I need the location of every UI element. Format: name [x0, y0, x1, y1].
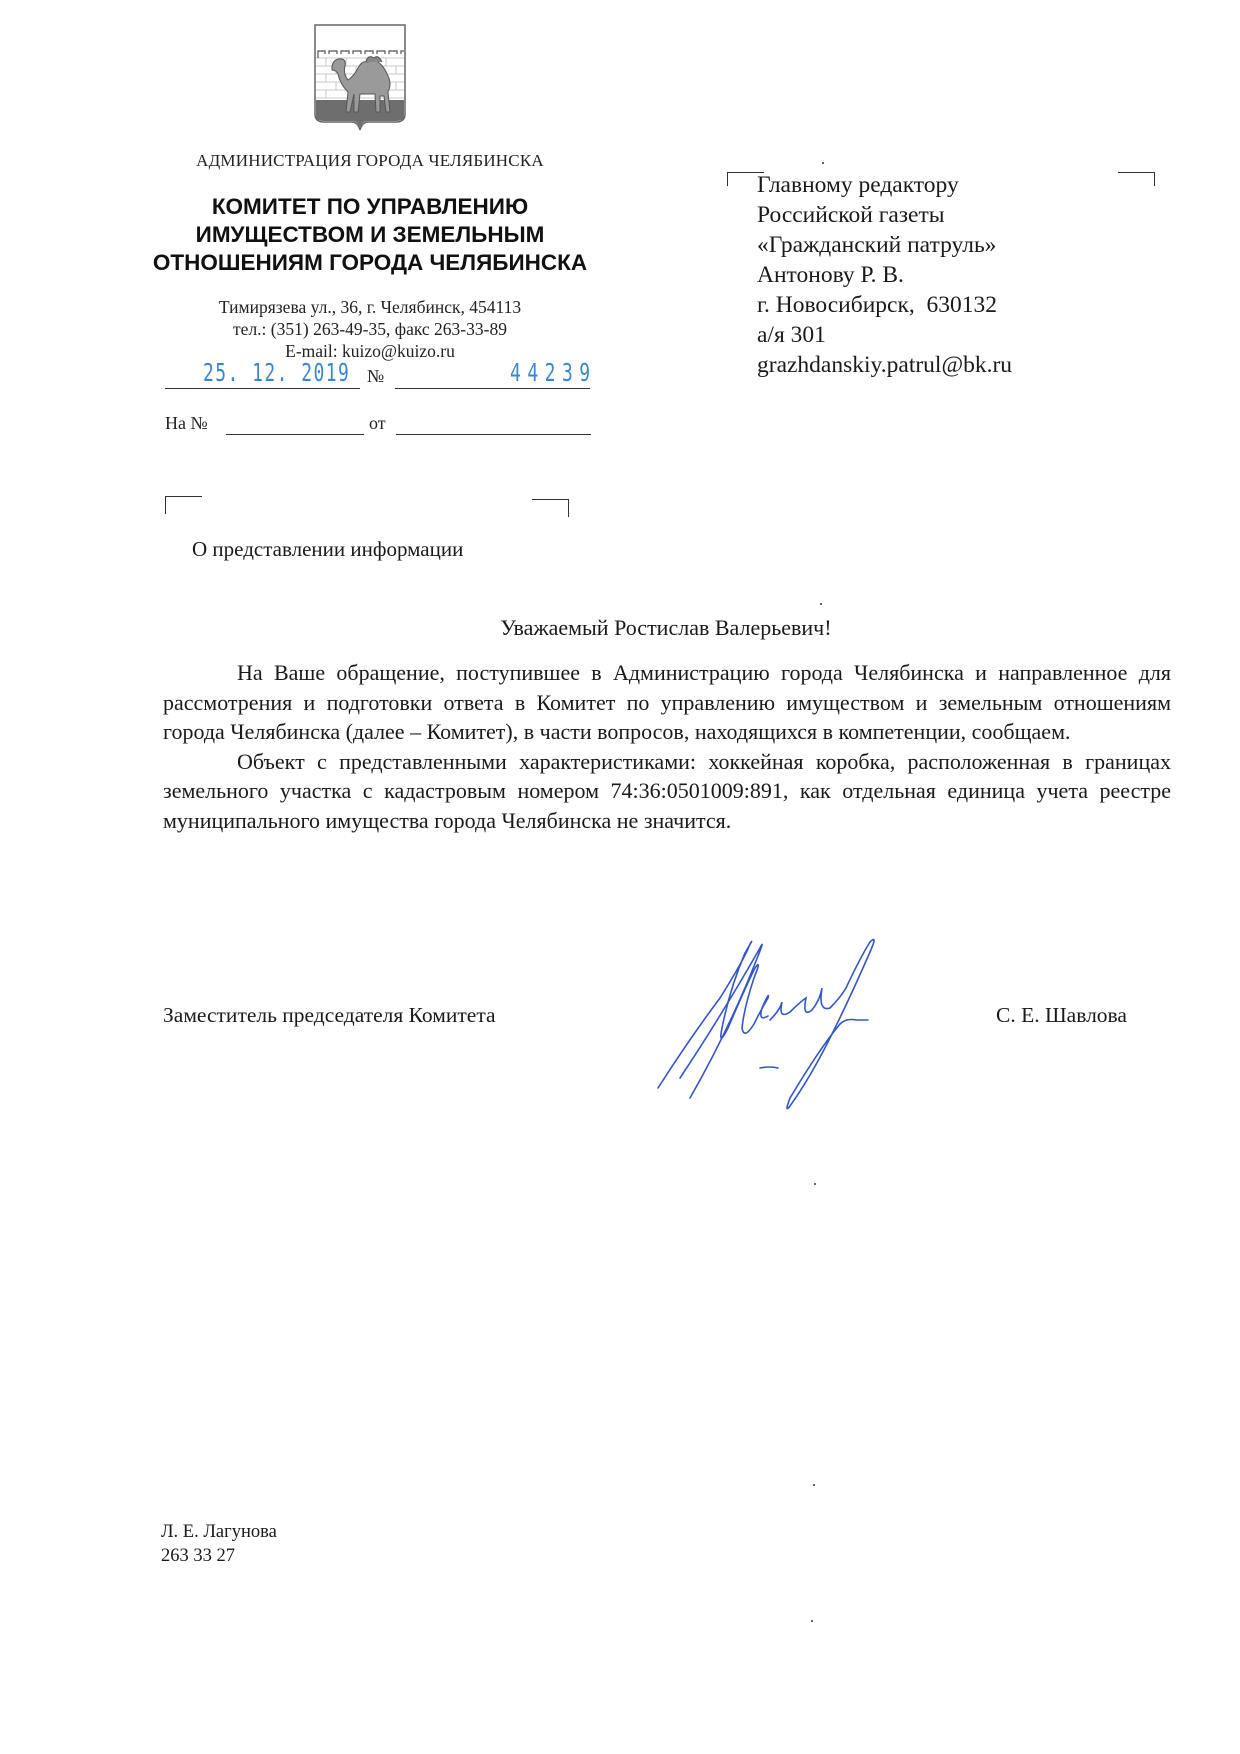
number-stamp: 44239	[510, 358, 597, 387]
committee-title: КОМИТЕТ ПО УПРАВЛЕНИЮ ИМУЩЕСТВОМ И ЗЕМЕЛ…	[140, 193, 600, 277]
recipient-line: а/я 301	[757, 320, 1012, 350]
recipient-line: Главному редактору	[757, 170, 1012, 200]
recipient-line: Антонову Р. В.	[757, 260, 1012, 290]
committee-title-line: ИМУЩЕСТВОМ И ЗЕМЕЛЬНЫМ	[140, 221, 600, 249]
number-underline	[395, 388, 590, 389]
coat-of-arms-emblem	[312, 22, 408, 134]
reply-to-number-field	[226, 434, 364, 435]
address-street: Тимирязева ул., 36, г. Челябинск, 454113	[140, 296, 600, 318]
recipient-block: Главному редактору Российской газеты «Гр…	[757, 170, 1012, 380]
executor-phone: 263 33 27	[161, 1544, 277, 1568]
recipient-line: г. Новосибирск, 630132	[757, 290, 1012, 320]
administration-title: АДМИНИСТРАЦИЯ ГОРОДА ЧЕЛЯБИНСКА	[140, 151, 600, 171]
signature-scribble-icon	[650, 928, 950, 1118]
from-date-field	[396, 434, 591, 435]
body-paragraph: Объект с представленными характеристикам…	[163, 747, 1171, 836]
recipient-email: grazhdanskiy.patrul@bk.ru	[757, 350, 1012, 380]
number-label: №	[367, 366, 384, 387]
handwritten-signature	[650, 928, 950, 1118]
from-label: от	[369, 413, 386, 434]
scan-speck	[811, 1620, 813, 1622]
recipient-bracket-right	[1118, 172, 1155, 186]
committee-title-line: ОТНОШЕНИЯМ ГОРОДА ЧЕЛЯБИНСКА	[140, 249, 600, 277]
executor-name: Л. Е. Лагунова	[161, 1520, 277, 1544]
date-underline	[165, 388, 360, 389]
recipient-line: Российской газеты	[757, 200, 1012, 230]
scan-speck	[814, 1183, 816, 1185]
subject-bracket-right	[532, 499, 569, 517]
scan-speck	[813, 1484, 815, 1486]
recipient-line: «Гражданский патруль»	[757, 230, 1012, 260]
greeting: Уважаемый Ростислав Валерьевич!	[150, 615, 1182, 641]
letter-body: На Ваше обращение, поступившее в Админис…	[163, 658, 1171, 835]
scan-speck	[822, 162, 824, 164]
reply-to-label: На №	[165, 413, 208, 434]
committee-title-line: КОМИТЕТ ПО УПРАВЛЕНИЮ	[140, 193, 600, 221]
camel-emblem-icon	[312, 22, 408, 134]
subject-bracket-left	[165, 496, 202, 514]
committee-address: Тимирязева ул., 36, г. Челябинск, 454113…	[140, 296, 600, 362]
signer-name: С. Е. Шавлова	[996, 1003, 1127, 1028]
scan-speck	[820, 603, 822, 605]
date-stamp: 25. 12. 2019	[203, 358, 350, 387]
body-paragraph: На Ваше обращение, поступившее в Админис…	[163, 658, 1171, 747]
letter-subject: О представлении информации	[192, 537, 463, 562]
executor-info: Л. Е. Лагунова 263 33 27	[161, 1520, 277, 1568]
address-phone: тел.: (351) 263-49-35, факс 263-33-89	[140, 318, 600, 340]
signer-title: Заместитель председателя Комитета	[163, 1003, 496, 1028]
